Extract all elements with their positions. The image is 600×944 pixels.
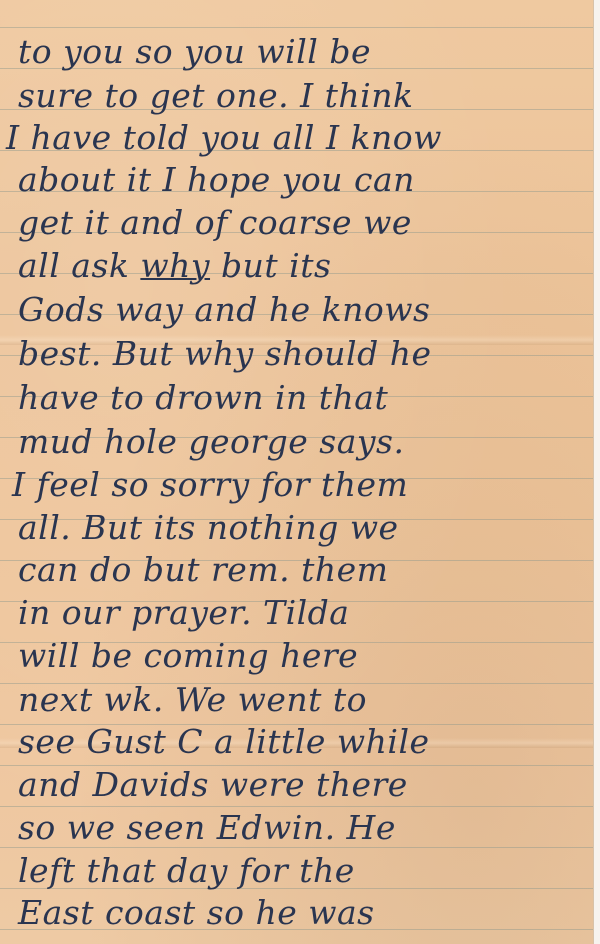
handwritten-line: I have told you all I know: [6, 118, 576, 158]
handwritten-line: I feel so sorry for them: [12, 465, 582, 505]
ruling-line: [0, 806, 594, 807]
handwritten-line: left that day for the: [18, 851, 588, 891]
handwritten-line: can do but rem. them: [18, 550, 588, 590]
handwritten-line: best. But why should he: [18, 334, 588, 374]
handwritten-line: all. But its nothing we: [18, 508, 588, 548]
handwritten-line: have to drown in that: [18, 378, 588, 418]
line-part: but its: [210, 246, 331, 285]
handwritten-line: get it and of coarse we: [18, 203, 588, 243]
letter-page: to you so you will be sure to get one. I…: [0, 0, 594, 944]
handwritten-line: mud hole george says.: [18, 422, 588, 462]
underlined-word: why: [140, 246, 210, 285]
page-edge: [593, 0, 600, 944]
handwritten-line: see Gust C a little while: [18, 722, 588, 762]
handwritten-line: in our prayer. Tilda: [18, 593, 588, 633]
handwritten-line: so we seen Edwin. He: [18, 808, 588, 848]
handwritten-line: will be coming here: [18, 636, 588, 676]
handwritten-line: and Davids were there: [18, 765, 588, 805]
ruling-line: [0, 27, 594, 28]
handwritten-line: Gods way and he knows: [18, 290, 588, 330]
handwritten-line: next wk. We went to: [18, 680, 588, 720]
line-part: all ask: [18, 246, 140, 285]
handwritten-line: all ask why but its: [18, 246, 588, 286]
handwritten-line: about it I hope you can: [18, 160, 588, 200]
handwritten-line: to you so you will be: [18, 32, 588, 72]
handwritten-line: East coast so he was: [18, 893, 588, 933]
handwritten-line: sure to get one. I think: [18, 76, 588, 116]
